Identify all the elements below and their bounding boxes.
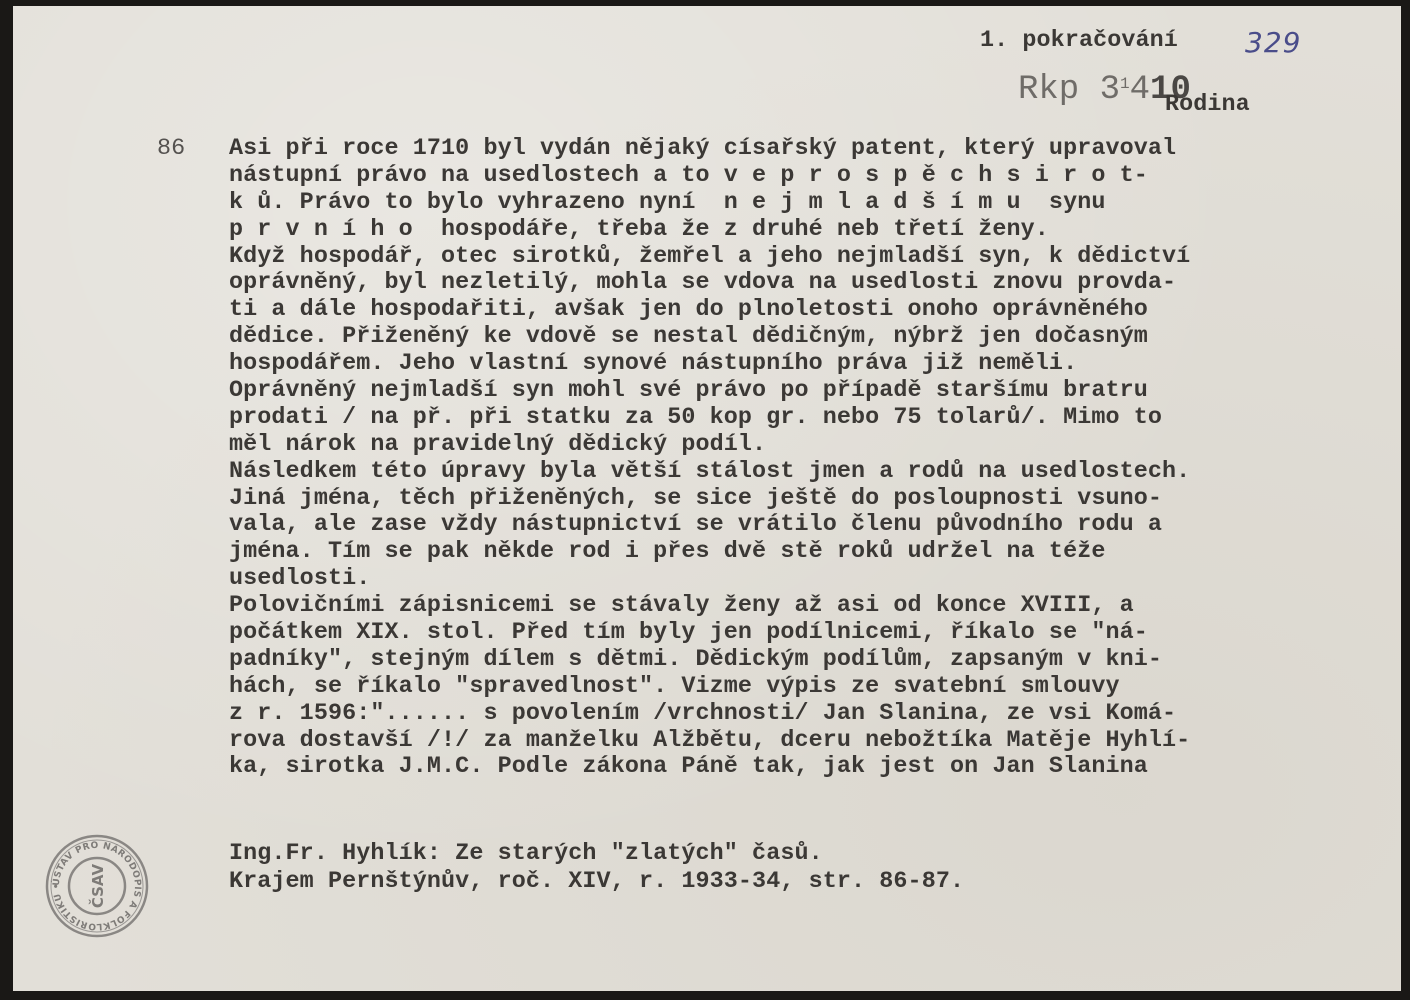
text-line: oprávněný, byl nezletilý, mohla se vdova… [229,270,1190,297]
text-line: z r. 1596:"...... s povolením /vrchnosti… [229,701,1190,728]
text-line: hách, se říkalo "spravedlnost". Vizme vý… [229,674,1190,701]
body-text: Asi při roce 1710 byl vydán nějaký císař… [229,136,1190,781]
text-line: ti a dále hospodařiti, avšak jen do plno… [229,297,1190,324]
text-line: rova dostavší /!/ za manželku Alžbětu, d… [229,728,1190,755]
stamp-number: 4 [1130,71,1150,109]
handwritten-page-number: 329 [1245,26,1301,59]
text-line: nástupní právo na usedlostech a to v e p… [229,163,1190,190]
text-line: p r v n í h o hospodáře, třeba že z druh… [229,217,1190,244]
text-line: vala, ale zase vždy nástupnictví se vrát… [229,512,1190,539]
archival-index-card: 1. pokračování 329 Rkp 31410 Rodina 86 A… [13,6,1401,991]
stamp-prefix: Rkp 3 [1018,71,1120,109]
citation-line: Krajem Pernštýnův, roč. XIV, r. 1933-34,… [229,868,964,896]
topic-label: Rodina [1165,92,1250,118]
text-line: Když hospodář, otec sirotků, žemřel a je… [229,244,1190,271]
text-line: Jiná jména, těch přiženěných, se sice je… [229,486,1190,513]
text-line: Asi při roce 1710 byl vydán nějaký císař… [229,136,1190,163]
text-line: počátkem XIX. stol. Před tím byly jen po… [229,620,1190,647]
institution-seal-icon: ÚSTAV PRO NÁRODOPIS A FOLKLORISTIKU • PR… [43,832,151,940]
text-line: Oprávněný nejmladší syn mohl své právo p… [229,378,1190,405]
citation-line: Ing.Fr. Hyhlík: Ze starých "zlatých" čas… [229,840,964,868]
entry-number: 86 [157,136,185,162]
text-line: hospodářem. Jeho vlastní synové nástupní… [229,351,1190,378]
text-line: prodati / na př. při statku za 50 kop gr… [229,405,1190,432]
text-line: k ů. Právo to bylo vyhrazeno nyní n e j … [229,190,1190,217]
text-line: jména. Tím se pak někde rod i přes dvě s… [229,539,1190,566]
source-citation: Ing.Fr. Hyhlík: Ze starých "zlatých" čas… [229,840,964,896]
text-line: usedlosti. [229,566,1190,593]
text-line: dědice. Přiženěný ke vdově se nestal děd… [229,324,1190,351]
text-line: Následkem této úpravy byla větší stálost… [229,459,1190,486]
text-line: Polovičními zápisnicemi se stávaly ženy … [229,593,1190,620]
stamp-small-digit: 1 [1120,75,1130,93]
continuation-label: 1. pokračování [980,28,1178,54]
text-line: ka, sirotka J.M.C. Podle zákona Páně tak… [229,754,1190,781]
text-line: padníky", stejným dílem s dětmi. Dědický… [229,647,1190,674]
text-line: měl nárok na pravidelný dědický podíl. [229,432,1190,459]
seal-center-text: ČSAV [88,863,107,908]
